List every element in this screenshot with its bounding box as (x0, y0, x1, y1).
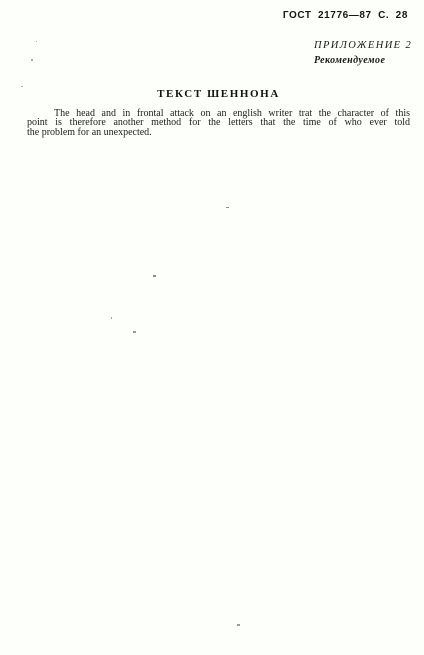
appendix-block: ПРИЛОЖЕНИЕ 2 Рекомендуемое (314, 40, 412, 66)
appendix-label: ПРИЛОЖЕНИЕ 2 (314, 40, 412, 51)
body-paragraph: The head and in frontal attack on an eng… (27, 109, 410, 137)
appendix-note: Рекомендуемое (314, 55, 412, 66)
scan-speck (31, 59, 33, 61)
body-line: the problem for an unexpected. (27, 128, 410, 137)
scan-speck (153, 275, 156, 277)
scan-speck (237, 624, 240, 626)
document-page: ГОСТ 21776—87 С. 28 ПРИЛОЖЕНИЕ 2 Рекомен… (0, 0, 424, 655)
scan-speck (111, 317, 112, 319)
document-title: ТЕКСТ ШЕННОНА (27, 88, 410, 100)
scan-speck (21, 86, 23, 87)
scan-speck (36, 41, 37, 42)
scan-speck (133, 331, 136, 333)
scan-speck (226, 207, 229, 208)
page-header-gost-number: ГОСТ 21776—87 С. 28 (283, 10, 408, 21)
